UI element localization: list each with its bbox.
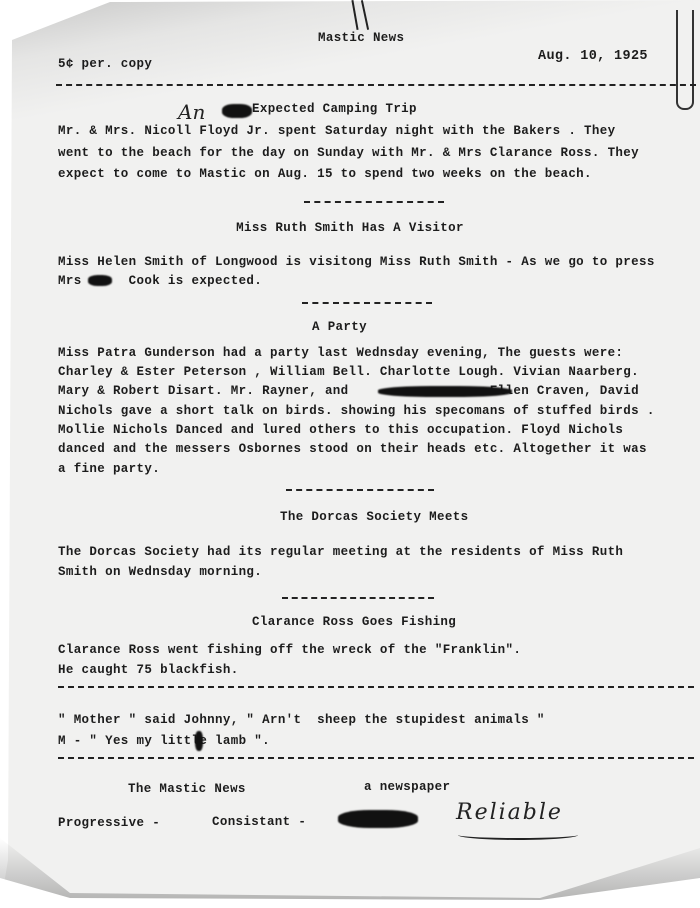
- divider: [58, 757, 694, 759]
- handwritten-heading-word: An: [178, 100, 205, 124]
- article-line: a fine party.: [58, 463, 160, 476]
- footer-newspaper-name: The Mastic News: [128, 783, 246, 796]
- joke-line: " Mother " said Johnny, " Arn't sheep th…: [58, 714, 545, 727]
- article-line: Miss Patra Gunderson had a party last We…: [58, 347, 623, 360]
- article-line: He caught 75 blackfish.: [58, 664, 239, 677]
- divider: [56, 84, 696, 86]
- article-line: Charley & Ester Peterson , William Bell.…: [58, 366, 639, 379]
- article-line: Mary & Robert Disart. Mr. Rayner, and El…: [58, 385, 639, 398]
- article-heading: The Dorcas Society Meets: [280, 511, 468, 524]
- article-line: Mr. & Mrs. Nicoll Floyd Jr. spent Saturd…: [58, 125, 615, 138]
- article-line: Smith on Wednsday morning.: [58, 566, 262, 579]
- divider: [302, 302, 432, 304]
- handwritten-underline: [458, 830, 578, 840]
- ink-blot: [378, 386, 512, 397]
- divider: [286, 489, 434, 491]
- divider: [282, 597, 434, 599]
- joke-line: M - " Yes my little lamb ".: [58, 735, 270, 748]
- divider: [58, 686, 694, 688]
- issue-date: Aug. 10, 1925: [538, 50, 648, 64]
- article-line: expect to come to Mastic on Aug. 15 to s…: [58, 168, 592, 181]
- ink-blot: [338, 810, 418, 828]
- article-line: Mollie Nichols Danced and lured others t…: [58, 424, 623, 437]
- ink-blot: [195, 731, 203, 751]
- footer-tagline: a newspaper: [364, 781, 450, 794]
- article-line: Miss Helen Smith of Longwood is visitong…: [58, 256, 655, 269]
- newspaper-title: Mastic News: [318, 32, 404, 45]
- ink-blot: [222, 104, 252, 118]
- divider: [304, 201, 444, 203]
- footer-consistant: Consistant -: [212, 816, 306, 829]
- paper-clip-mark: [676, 10, 694, 110]
- price-label: 5¢ per. copy: [58, 58, 152, 71]
- article-line: danced and the messers Osbornes stood on…: [58, 443, 647, 456]
- article-heading: Expected Camping Trip: [252, 103, 417, 116]
- article-line: Nichols gave a short talk on birds. show…: [58, 405, 655, 418]
- article-heading: Miss Ruth Smith Has A Visitor: [0, 222, 700, 235]
- article-line: Clarance Ross went fishing off the wreck…: [58, 644, 521, 657]
- footer-progressive: Progressive -: [58, 817, 160, 830]
- handwritten-reliable: Reliable: [456, 800, 563, 825]
- article-heading: Clarance Ross Goes Fishing: [252, 616, 456, 629]
- ink-blot: [88, 275, 112, 286]
- article-line: went to the beach for the day on Sunday …: [58, 147, 639, 160]
- article-heading: A Party: [312, 321, 367, 334]
- article-line: The Dorcas Society had its regular meeti…: [58, 546, 623, 559]
